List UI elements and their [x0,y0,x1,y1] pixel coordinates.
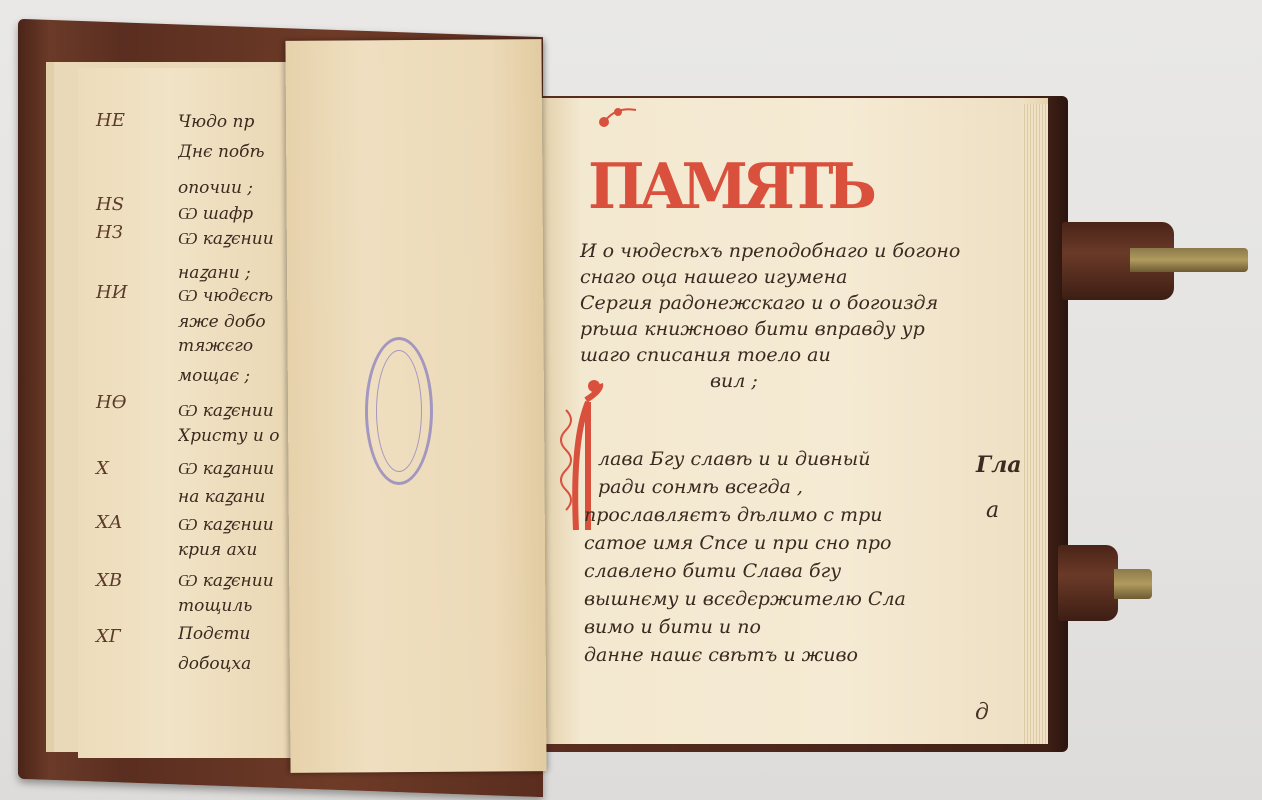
margin-number: Х [96,458,109,479]
margin-note: Гла [976,452,1022,478]
text-line: яже добо [178,312,266,332]
text-line: Ѡ каꙁєнии [178,512,274,535]
margin-note: а [986,498,999,523]
text-line: ради сонмѣ всегда , [598,476,803,498]
text-line: Ѡ каꙁании [178,456,274,479]
text-line: на каꙁани [178,484,265,507]
text-line: Христу и о [178,426,279,446]
margin-number: ХВ [96,570,122,591]
text-line: шаго списания тоело аи [580,344,831,366]
text-line: добоцха [178,654,251,674]
library-stamp-icon [365,337,433,485]
text-line: И о чюдесѣхъ преподобнаго и богоно [580,240,960,262]
left-page-text: Чюдо пр Днє побѣ опочии ; Ѡ шафр Ѡ каꙁєн… [178,112,298,692]
margin-number: НЅ [96,194,124,215]
clasp-lower [1058,545,1118,621]
text-line: славлено бити Слава бгу [584,560,841,582]
text-line: Чюдо пр [178,112,254,132]
text-line: наꙁани ; [178,260,251,283]
text-line: данне нашє свѣтъ и живо [584,644,858,666]
text-line: тяжєго [178,336,253,356]
text-line: опочии ; [178,178,253,198]
page-edge-right [1022,104,1048,744]
margin-number: ХГ [96,626,121,647]
margin-number: ХА [96,512,122,533]
text-line: сатое имя Спсе и при сно про [584,532,891,554]
text-line: тощиль [178,596,252,616]
text-line: лава Бгу славѣ и и дивный [598,448,871,470]
heading-ornament-icon [596,100,646,134]
margin-number: НЕ [96,110,125,131]
text-line: Сергия радонежскаго и о богоиздя [580,292,938,314]
clasp-upper-pin [1130,248,1248,272]
text-line: вимо и бити и по [584,616,761,638]
margin-number: НИ [96,282,127,303]
text-line: снаго оца нашего игумена [580,266,848,288]
ornate-heading: ПАМЯТЬ ПРЕПОДОБНАГО СЕРГИЯ [588,138,970,237]
page-number: д [975,700,989,725]
margin-numbers: НЕ НЅ НЗ НИ НѲ Х ХА ХВ ХГ [96,110,146,670]
text-line: Ѡ чюдєсѣ [178,286,273,306]
margin-number: НЗ [96,222,123,243]
clasp-lower-pin [1114,569,1152,599]
text-line: вил ; [710,370,758,392]
text-line: рѣша книжново бити вправду ур [580,318,925,340]
text-line: Ѡ каꙁєнии [178,226,274,249]
text-line: прославляєтъ дѣлимо с три [584,504,882,526]
text-line: вышнєму и всєдєржителю Сла [584,588,906,610]
text-line: крия ахи [178,540,257,560]
text-line: мощає ; [178,366,250,386]
intro-text: И о чюдесѣхъ преподобнаго и богоно снаго… [580,240,980,400]
text-line: Ѡ шафр [178,204,253,224]
text-line: Днє побѣ [178,142,265,162]
body-text: лава Бгу славѣ и и дивный ради сонмѣ все… [584,448,984,688]
margin-number: НѲ [96,392,126,413]
text-line: Ѡ каꙁєнии [178,398,274,421]
text-line: Ѡ каꙁєнии [178,568,274,591]
text-line: Подєти [178,624,250,644]
